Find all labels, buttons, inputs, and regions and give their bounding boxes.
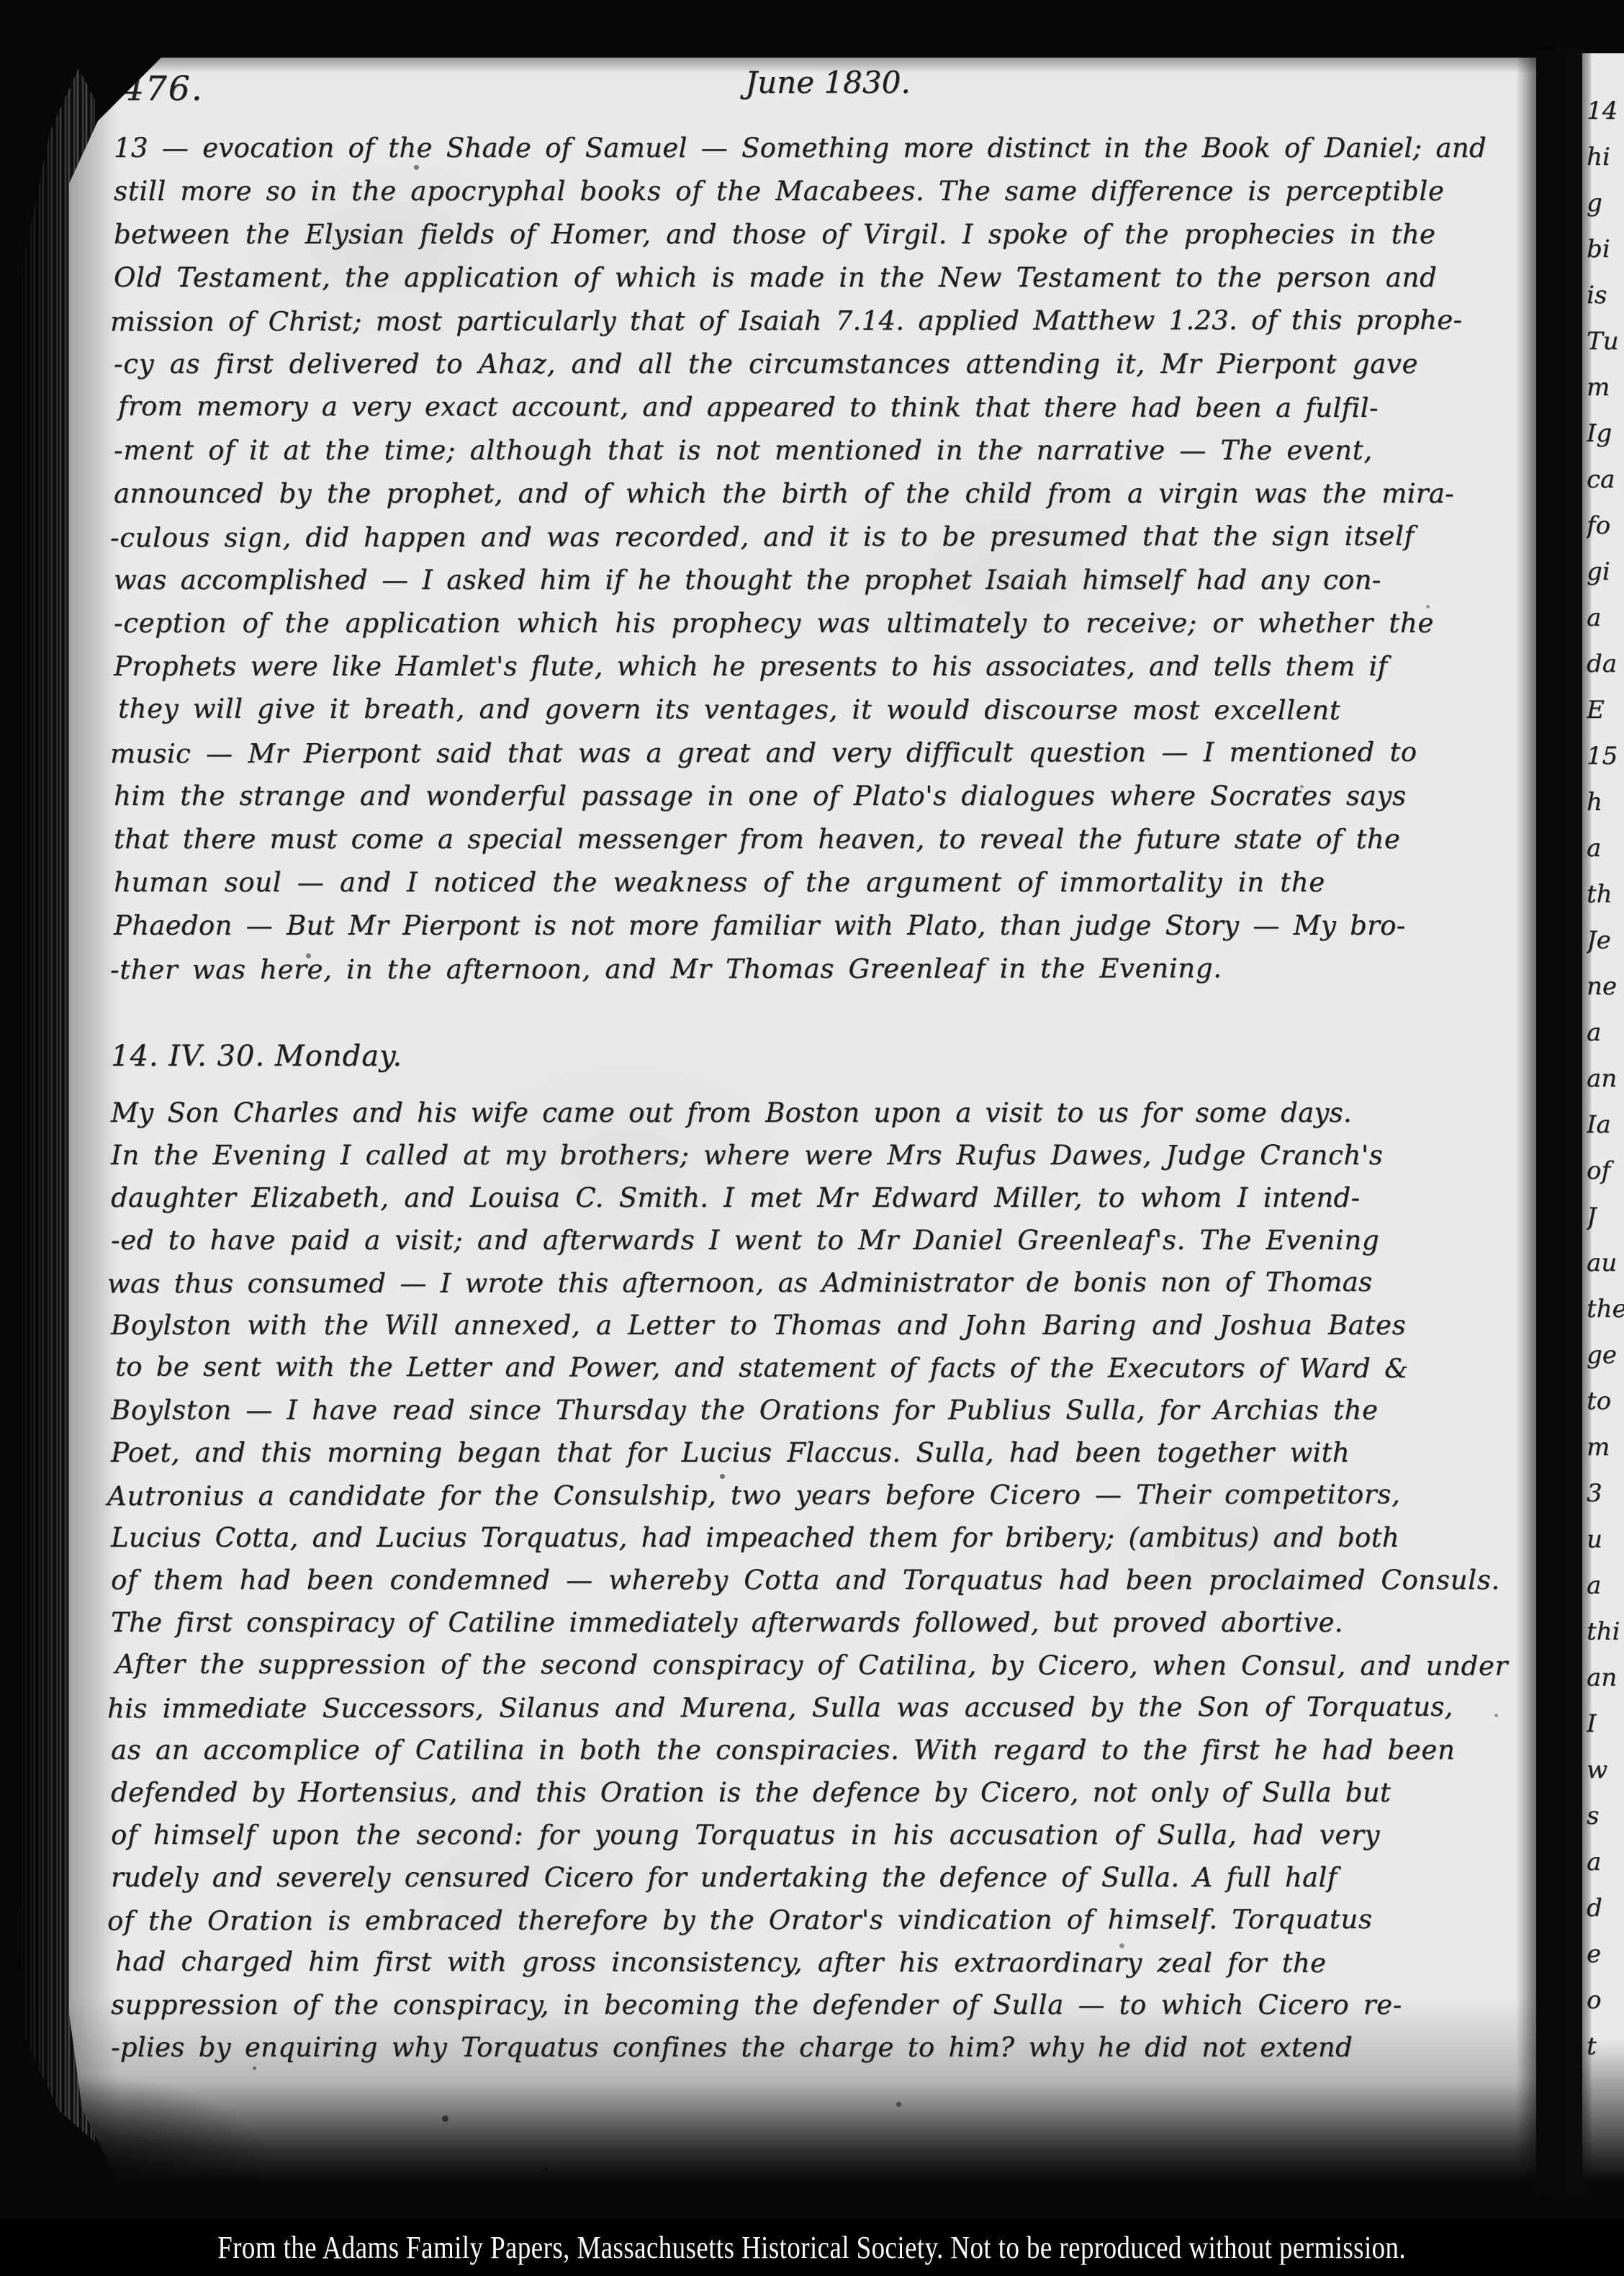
manuscript-line: between the Elysian fields of Homer, and… bbox=[114, 213, 1546, 256]
date-header: June 1830. bbox=[69, 65, 1536, 100]
entry-14-text: My Son Charles and his wife came out fro… bbox=[111, 1092, 1547, 2069]
manuscript-line: from memory a very exact account, and ap… bbox=[118, 385, 1551, 431]
text-fragment: o bbox=[1587, 1977, 1624, 2023]
text-fragment: 3 bbox=[1587, 1470, 1624, 1516]
manuscript-scan: 476. June 1830. 13 — evocation of the Sh… bbox=[0, 0, 1624, 2276]
manuscript-line: as an accomplice of Catilina in both the… bbox=[111, 1729, 1547, 1771]
footer-caption: From the Adams Family Papers, Massachuse… bbox=[218, 2229, 1407, 2266]
entry-14-heading: 14. IV. 30. Monday. bbox=[111, 1040, 402, 1073]
facing-page-edge: 14higbiisTumIgcafogiadaE15hathJeneaanIao… bbox=[1582, 53, 1624, 2183]
manuscript-line: human soul — and I noticed the weakness … bbox=[114, 861, 1546, 904]
manuscript-line: The first conspiracy of Catiline immedia… bbox=[111, 1601, 1547, 1644]
manuscript-line: of them had been condemned — whereby Cot… bbox=[111, 1559, 1547, 1601]
text-fragment: th bbox=[1587, 871, 1624, 917]
text-fragment: I bbox=[1587, 1701, 1624, 1747]
text-fragment: a bbox=[1587, 1839, 1624, 1885]
manuscript-line: Phaedon — But Mr Pierpont is not more fa… bbox=[114, 904, 1546, 948]
manuscript-line: -ther was here, in the afternoon, and Mr… bbox=[110, 947, 1543, 992]
text-fragment: u bbox=[1587, 1516, 1624, 1562]
manuscript-line: -culous sign, did happen and was recorde… bbox=[110, 515, 1543, 560]
entry-13-text: 13 — evocation of the Shade of Samuel — … bbox=[114, 127, 1546, 991]
text-fragment: m bbox=[1587, 364, 1624, 410]
manuscript-line: him the strange and wonderful passage in… bbox=[114, 775, 1546, 818]
manuscript-line: his immediate Successors, Silanus and Mu… bbox=[107, 1686, 1543, 1730]
text-fragment: hi bbox=[1587, 134, 1624, 180]
manuscript-line: 13 — evocation of the Shade of Samuel — … bbox=[114, 127, 1546, 170]
manuscript-line: of the Oration is embraced therefore by … bbox=[107, 1898, 1543, 1943]
text-fragment: e bbox=[1587, 1931, 1624, 1977]
text-fragment: to bbox=[1587, 1378, 1624, 1424]
manuscript-line: -ception of the application which his pr… bbox=[114, 602, 1546, 645]
text-fragment: 14 bbox=[1587, 88, 1624, 134]
manuscript-line: Prophets were like Hamlet's flute, which… bbox=[114, 645, 1546, 688]
text-fragment: Ig bbox=[1587, 410, 1624, 456]
text-fragment: a bbox=[1587, 1562, 1624, 1609]
text-fragment: t bbox=[1587, 2023, 1624, 2069]
manuscript-line: rudely and severely censured Cicero for … bbox=[111, 1856, 1547, 1899]
manuscript-line: still more so in the apocryphal books of… bbox=[114, 170, 1546, 213]
manuscript-line: -cy as first delivered to Ahaz, and all … bbox=[114, 343, 1546, 386]
manuscript-line: was accomplished — I asked him if he tho… bbox=[114, 559, 1546, 602]
text-fragment: ca bbox=[1587, 456, 1624, 503]
manuscript-line: In the Evening I called at my brothers; … bbox=[111, 1134, 1547, 1177]
manuscript-line: music — Mr Pierpont said that was a grea… bbox=[110, 731, 1543, 776]
text-fragment: h bbox=[1587, 779, 1624, 825]
manuscript-line: Old Testament, the application of which … bbox=[114, 256, 1546, 300]
text-fragment: ge bbox=[1587, 1332, 1624, 1378]
manuscript-line: of himself upon the second: for young To… bbox=[111, 1814, 1547, 1856]
manuscript-line: to be sent with the Letter and Power, an… bbox=[115, 1346, 1551, 1390]
text-fragment: Tu bbox=[1587, 318, 1624, 364]
text-fragment: 15 bbox=[1587, 733, 1624, 779]
footer-bar: From the Adams Family Papers, Massachuse… bbox=[0, 2219, 1624, 2276]
text-fragment: a bbox=[1587, 595, 1624, 641]
text-fragment: w bbox=[1587, 1747, 1624, 1793]
diary-page: 476. June 1830. 13 — evocation of the Sh… bbox=[69, 58, 1536, 2183]
text-fragment: an bbox=[1587, 1056, 1624, 1102]
text-fragment: bi bbox=[1587, 226, 1624, 272]
ink-specks bbox=[69, 58, 73, 61]
manuscript-line: defended by Hortensius, and this Oration… bbox=[111, 1771, 1547, 1814]
manuscript-line: daughter Elizabeth, and Louisa C. Smith.… bbox=[111, 1177, 1547, 1219]
text-fragment: da bbox=[1587, 641, 1624, 687]
manuscript-line: My Son Charles and his wife came out fro… bbox=[111, 1092, 1547, 1134]
manuscript-line: mission of Christ; most particularly tha… bbox=[110, 299, 1543, 344]
text-fragment: a bbox=[1587, 1009, 1624, 1056]
manuscript-line: they will give it breath, and govern its… bbox=[118, 688, 1551, 733]
text-fragment: the bbox=[1587, 1286, 1624, 1332]
text-fragment: Je bbox=[1587, 917, 1624, 963]
text-fragment: gi bbox=[1587, 549, 1624, 595]
manuscript-line: was thus consumed — I wrote this afterno… bbox=[107, 1261, 1543, 1305]
manuscript-line: Boylston — I have read since Thursday th… bbox=[111, 1389, 1547, 1431]
text-fragment: au bbox=[1587, 1240, 1624, 1286]
text-fragment: s bbox=[1587, 1793, 1624, 1839]
text-fragment: fo bbox=[1587, 503, 1624, 549]
manuscript-line: had charged him first with gross inconsi… bbox=[115, 1940, 1551, 1985]
manuscript-line: Lucius Cotta, and Lucius Torquatus, had … bbox=[111, 1516, 1547, 1559]
text-fragment: an bbox=[1587, 1655, 1624, 1701]
text-fragment: of bbox=[1587, 1148, 1624, 1194]
facing-page-text-fragments: 14higbiisTumIgcafogiadaE15hathJeneaanIao… bbox=[1587, 88, 1624, 2069]
manuscript-line: suppression of the conspiracy, in becomi… bbox=[111, 1984, 1547, 2026]
text-fragment: is bbox=[1587, 272, 1624, 318]
text-fragment: ne bbox=[1587, 963, 1624, 1009]
manuscript-line: -ment of it at the time; although that i… bbox=[114, 429, 1546, 472]
manuscript-line: Autronius a candidate for the Consulship… bbox=[107, 1473, 1543, 1518]
manuscript-line: announced by the prophet, and of which t… bbox=[114, 472, 1546, 516]
text-fragment: J bbox=[1587, 1194, 1624, 1240]
manuscript-line: Poet, and this morning began that for Lu… bbox=[111, 1431, 1547, 1474]
text-fragment: a bbox=[1587, 825, 1624, 871]
text-fragment: d bbox=[1587, 1885, 1624, 1931]
manuscript-line: -ed to have paid a visit; and afterwards… bbox=[111, 1219, 1547, 1261]
text-fragment: Ia bbox=[1587, 1102, 1624, 1148]
text-fragment: g bbox=[1587, 180, 1624, 226]
text-fragment: E bbox=[1587, 687, 1624, 733]
text-fragment: m bbox=[1587, 1424, 1624, 1470]
manuscript-line: that there must come a special messenger… bbox=[114, 818, 1546, 861]
manuscript-line: -plies by enquiring why Torquatus confin… bbox=[111, 2026, 1547, 2069]
text-fragment: thi bbox=[1587, 1609, 1624, 1655]
manuscript-line: After the suppression of the second cons… bbox=[115, 1643, 1551, 1688]
manuscript-line: Boylston with the Will annexed, a Letter… bbox=[111, 1304, 1547, 1346]
